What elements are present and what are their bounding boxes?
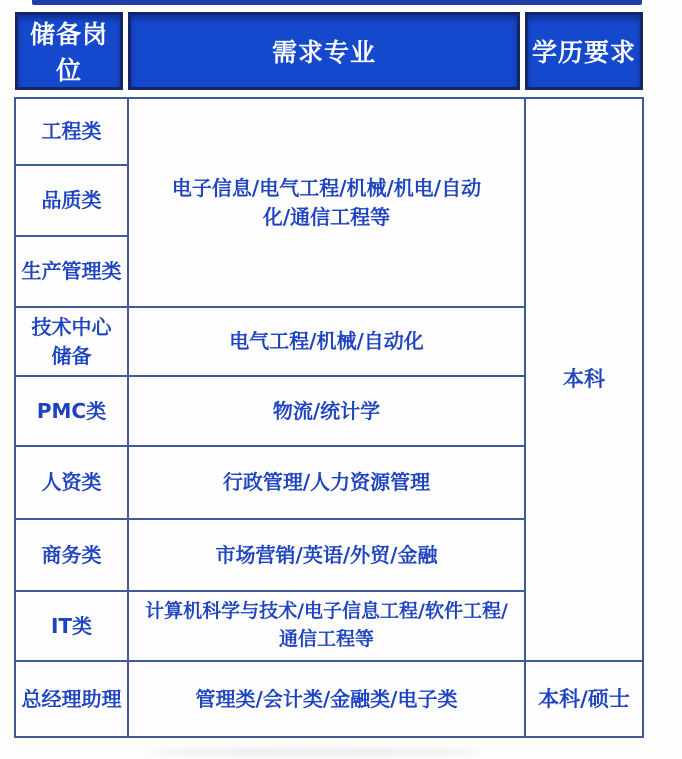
cell-majors-business: 市场营销/英语/外贸/金融	[128, 519, 525, 591]
cell-position-gm-assistant: 总经理助理	[15, 661, 128, 737]
column-header-position-label: 储备岗位	[15, 12, 123, 90]
cell-position-hr: 人资类	[15, 446, 128, 519]
cell-position-engineering: 工程类	[15, 98, 128, 165]
cell-majors-gm-assistant: 管理类/会计类/金融类/电子类	[128, 661, 525, 737]
column-header-majors-label: 需求专业	[128, 12, 520, 90]
scan-shadow	[150, 748, 480, 756]
table-header: 储备岗位 需求专业 学历要求	[15, 12, 643, 98]
column-header-education: 学历要求	[525, 12, 643, 98]
cell-position-quality: 品质类	[15, 165, 128, 236]
cell-position-production-management: 生产管理类	[15, 236, 128, 307]
cell-position-pmc: PMC类	[15, 376, 128, 446]
cell-education-bachelor: 本科	[525, 98, 643, 661]
column-header-position: 储备岗位	[15, 12, 128, 98]
cropped-banner-edge	[32, 0, 642, 5]
header-row: 储备岗位 需求专业 学历要求	[15, 12, 643, 98]
cell-position-business: 商务类	[15, 519, 128, 591]
column-header-majors: 需求专业	[128, 12, 525, 98]
table-row-engineering: 工程类 电子信息/电气工程/机械/机电/自动化/通信工程等 本科	[15, 98, 643, 165]
cell-majors-tech-center: 电气工程/机械/自动化	[128, 307, 525, 376]
cell-position-tech-center: 技术中心 储备	[15, 307, 128, 376]
column-header-education-label: 学历要求	[525, 12, 643, 90]
cell-position-it: IT类	[15, 591, 128, 661]
cell-majors-engineering-group: 电子信息/电气工程/机械/机电/自动化/通信工程等	[128, 98, 525, 307]
cell-education-gm-assistant: 本科/硕士	[525, 661, 643, 737]
cell-majors-it: 计算机科学与技术/电子信息工程/软件工程/通信工程等	[128, 591, 525, 661]
cell-majors-hr: 行政管理/人力资源管理	[128, 446, 525, 519]
recruitment-table: 储备岗位 需求专业 学历要求 工程类 电子信息/电气工程/机械/机电/自动化/通…	[14, 12, 644, 738]
table-row-gm-assistant: 总经理助理 管理类/会计类/金融类/电子类 本科/硕士	[15, 661, 643, 737]
cell-majors-pmc: 物流/统计学	[128, 376, 525, 446]
table-body: 工程类 电子信息/电气工程/机械/机电/自动化/通信工程等 本科 品质类 生产管…	[15, 98, 643, 737]
scanned-recruitment-table-page: 储备岗位 需求专业 学历要求 工程类 电子信息/电气工程/机械/机电/自动化/通…	[0, 0, 682, 759]
